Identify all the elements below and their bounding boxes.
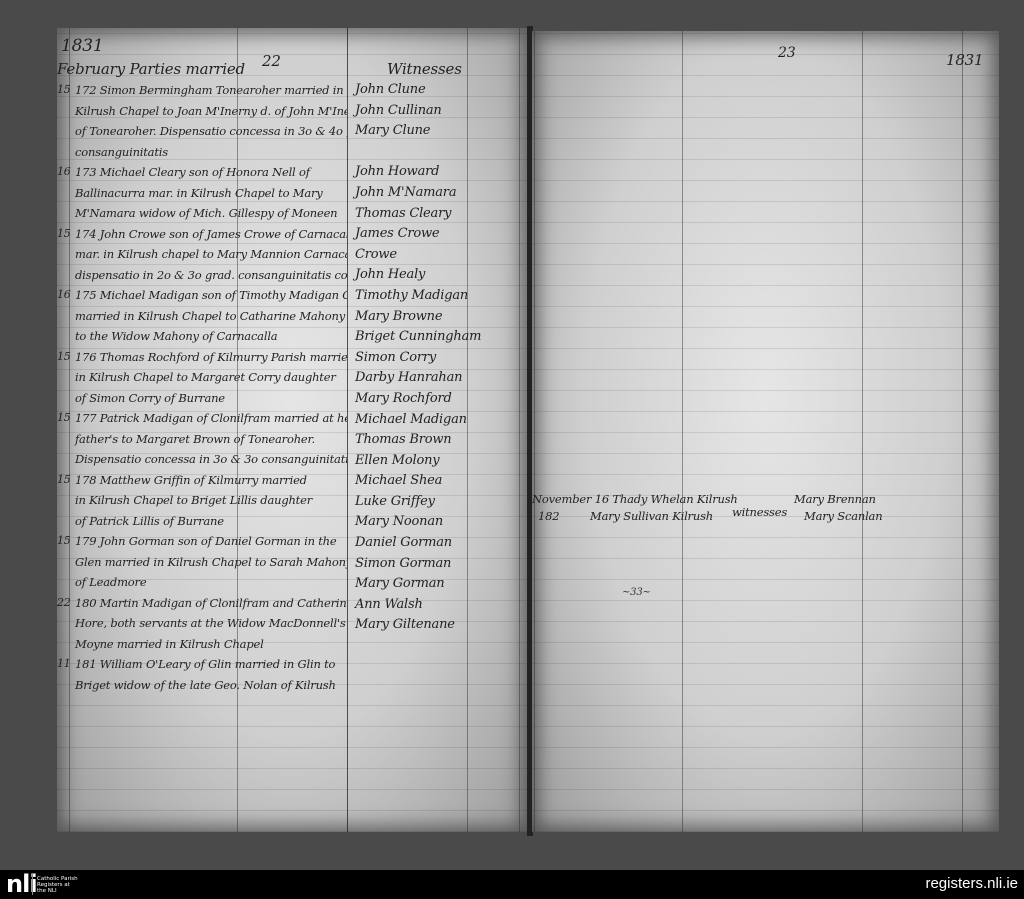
entry-text: Briget widow of the late Geo. Nolan of K… [75,678,336,692]
witnesses-heading: Witnesses [347,58,527,80]
entry-text: consanguinitatis [75,145,168,159]
entry-line: of Leadmore [57,572,347,593]
witness-name [347,142,527,163]
witness-name: John Cullinan [347,101,527,122]
entry-line: of Simon Corry of Burrane [57,388,347,409]
witness-column: Witnesses John CluneJohn CullinanMary Cl… [347,58,527,636]
witness-name: John Clune [347,80,527,101]
entry-line: 15174 John Crowe son of James Crowe of C… [57,224,347,245]
witness-name: John M'Namara [347,183,527,204]
witness-name: Ellen Molony [347,451,527,472]
witness-name: Simon Gorman [347,554,527,575]
entry-text: 178 Matthew Griffin of Kilmurry married [75,473,307,487]
entry-text: 172 Simon Bermingham Tonearoher married … [75,83,343,97]
witness-name: Mary Gorman [347,574,527,595]
entry-text: in Kilrush Chapel to Briget Lillis daugh… [75,493,312,507]
logo-caption-line: the NLI [37,888,97,894]
witness-name: Mary Clune [347,121,527,142]
entry-line: M'Namara widow of Mich. Gillespy of Mone… [57,203,347,224]
entry-day: 15 [57,408,71,429]
entry-line: Ballinacurra mar. in Kilrush Chapel to M… [57,183,347,204]
entry-line: 16173 Michael Cleary son of Honora Nell … [57,162,347,183]
witness-name: Luke Griffey [347,492,527,513]
entry-line: Hore, both servants at the Widow MacDonn… [57,613,347,634]
witness-name: Michael Shea [347,471,527,492]
entry-text: to the Widow Mahony of Carnacalla [75,329,277,343]
entry-bride: Mary Sullivan Kilrush [590,508,713,525]
entry-line: Kilrush Chapel to Joan M'Inerny d. of Jo… [57,101,347,122]
entry-text: father's to Margaret Brown of Tonearoher… [75,432,315,446]
entry-text: Moyne married in Kilrush Chapel [75,637,264,651]
entry-line: 15172 Simon Bermingham Tonearoher marrie… [57,80,347,101]
entry-text: 173 Michael Cleary son of Honora Nell of [75,165,310,179]
entry-text: Ballinacurra mar. in Kilrush Chapel to M… [75,186,323,200]
entry-line: 15178 Matthew Griffin of Kilmurry marrie… [57,470,347,491]
entry-text: 177 Patrick Madigan of Clonilfram marrie… [75,411,347,425]
entry-text: Kilrush Chapel to Joan M'Inerny d. of Jo… [75,104,347,118]
entry-day: 15 [57,224,71,245]
entry-day: 16 [57,285,71,306]
entry-day: 15 [57,80,71,101]
entry-text: M'Namara widow of Mich. Gillespy of Mone… [75,206,337,220]
image-viewer[interactable]: 1831 February Parties married 22 15172 S… [0,0,1024,870]
entry-text: 179 John Gorman son of Daniel Gorman in … [75,534,336,548]
witness-name: Thomas Cleary [347,204,527,225]
entry-line: 11181 William O'Leary of Glin married in… [57,654,347,675]
witness-name: Thomas Brown [347,430,527,451]
entry-text: of Leadmore [75,575,146,589]
logo-caption: Catholic Parish Registers at the NLI [37,876,97,894]
entry-day: 15 [57,531,71,552]
witness-name: Mary Rochford [347,389,527,410]
entry-line: 182 Mary Sullivan Kilrush witnesses Mary… [532,508,999,525]
margin-rule [534,31,535,832]
entry-text: 176 Thomas Rochford of Kilmurry Parish m… [75,350,347,364]
site-url-link[interactable]: registers.nli.ie [925,875,1018,892]
entry-day: 15 [57,347,71,368]
footer-bar: nli Catholic Parish Registers at the NLI… [0,870,1024,899]
ruled-line [962,31,963,832]
entry-day: 15 [57,470,71,491]
logo-divider [32,874,33,895]
ruled-line [862,31,863,832]
entry-line: of Patrick Lillis of Burrane [57,511,347,532]
entry-line: Dispensatio concessa in 3o & 3o consangu… [57,449,347,470]
entry-line: Moyne married in Kilrush Chapel [57,634,347,655]
page-year: 1831 [61,36,103,56]
register-page-left: 1831 February Parties married 22 15172 S… [57,28,527,832]
entry-text: of Simon Corry of Burrane [75,391,225,405]
ruled-line [682,31,683,832]
entry-line: consanguinitatis [57,142,347,163]
entry-line: in Kilrush Chapel to Briget Lillis daugh… [57,490,347,511]
witness-name: Mary Noonan [347,512,527,533]
entry-day: 11 [57,654,71,675]
entry-number: 182 [538,508,559,525]
ink-smudge: ~33~ [622,587,651,598]
page-number: 22 [262,52,281,70]
witness-name: Timothy Madigan [347,286,527,307]
entry-line: 15177 Patrick Madigan of Clonilfram marr… [57,408,347,429]
witness-list: John CluneJohn CullinanMary CluneJohn Ho… [347,80,527,636]
entry-text: Dispensatio concessa in 3o & 3o consangu… [75,452,347,466]
entry-line: married in Kilrush Chapel to Catharine M… [57,306,347,327]
entry-line: 22180 Martin Madigan of Clonilfram and C… [57,593,347,614]
marriage-entries: 15172 Simon Bermingham Tonearoher marrie… [57,80,347,695]
entry-text: mar. in Kilrush chapel to Mary Mannion C… [75,247,347,261]
entry-line: 15179 John Gorman son of Daniel Gorman i… [57,531,347,552]
witness-name: Daniel Gorman [347,533,527,554]
entry-text: Hore, both servants at the Widow MacDonn… [75,616,347,630]
page-year: 1831 [946,51,983,69]
entry-text: of Patrick Lillis of Burrane [75,514,224,528]
entry-text: 180 Martin Madigan of Clonilfram and Cat… [75,596,347,610]
entry-text: 174 John Crowe son of James Crowe of Car… [75,227,347,241]
entry-text: Glen married in Kilrush Chapel to Sarah … [75,555,347,569]
witness-name: Crowe [347,245,527,266]
entry-text: 181 William O'Leary of Glin married in G… [75,657,335,671]
witness-2: Mary Scanlan [804,508,882,525]
entry-line: of Tonearoher. Dispensatio concessa in 3… [57,121,347,142]
entry-line: mar. in Kilrush chapel to Mary Mannion C… [57,244,347,265]
entry-line: Briget widow of the late Geo. Nolan of K… [57,675,347,696]
witness-1: Mary Brennan [794,491,876,508]
witness-name: James Crowe [347,224,527,245]
entry-line: dispensatio in 2o & 3o grad. consanguini… [57,265,347,286]
witness-name: John Healy [347,265,527,286]
entry-line: to the Widow Mahony of Carnacalla [57,326,347,347]
entry-text: married in Kilrush Chapel to Catharine M… [75,309,347,323]
entry-day: 16 [57,162,71,183]
witness-name: Briget Cunningham [347,327,527,348]
witness-name: Simon Corry [347,348,527,369]
entry-line: in Kilrush Chapel to Margaret Corry daug… [57,367,347,388]
witness-name: John Howard [347,162,527,183]
witness-name: Michael Madigan [347,410,527,431]
entry-line: Glen married in Kilrush Chapel to Sarah … [57,552,347,573]
entry-line: 16175 Michael Madigan son of Timothy Mad… [57,285,347,306]
entry-text: in Kilrush Chapel to Margaret Corry daug… [75,370,336,384]
marriage-entry: November 16 Thady Whelan Kilrush Mary Br… [532,491,999,525]
entry-line: father's to Margaret Brown of Tonearoher… [57,429,347,450]
entry-date-groom: November 16 Thady Whelan Kilrush [532,492,738,506]
page-heading: February Parties married [57,60,245,78]
entry-day: 22 [57,593,71,614]
register-page-right: 23 1831 November 16 Thady Whelan Kilrush… [532,31,999,832]
witness-name: Mary Giltenane [347,615,527,636]
witness-name: Mary Browne [347,307,527,328]
entry-text: dispensatio in 2o & 3o grad. consanguini… [75,268,347,282]
witness-label: witnesses [732,504,787,521]
witness-name: Darby Hanrahan [347,368,527,389]
entry-line: 15176 Thomas Rochford of Kilmurry Parish… [57,347,347,368]
page-number: 23 [778,45,795,61]
witness-name: Ann Walsh [347,595,527,616]
entry-text: 175 Michael Madigan son of Timothy Madig… [75,288,347,302]
entry-text: of Tonearoher. Dispensatio concessa in 3… [75,124,347,138]
